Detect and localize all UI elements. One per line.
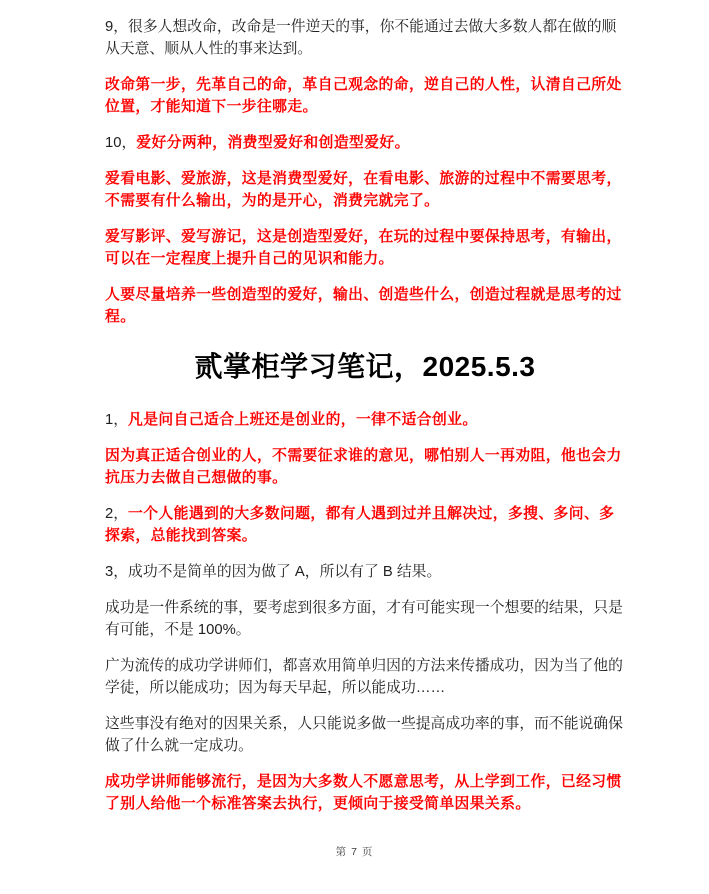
paragraph-note-1: 1，凡是问自己适合上班还是创业的，一律不适合创业。 <box>105 409 625 431</box>
paragraph-number: 2， <box>105 506 128 522</box>
paragraph-number: 9， <box>105 19 128 35</box>
paragraph-text: 这些事没有绝对的因果关系，人只能说多做一些提高成功率的事，而不能说确保做了什么就… <box>105 716 623 754</box>
paragraph-note-9: 9，很多人想改命，改命是一件逆天的事，你不能通过去做大多数人都在做的顺从天意、顺… <box>105 16 625 60</box>
paragraph-text: 广为流传的成功学讲师们，都喜欢用简单归因的方法来传播成功，因为当了他的学徒，所以… <box>105 658 623 696</box>
paragraph-number: 10， <box>105 135 136 151</box>
paragraph-text: 一个人能遇到的大多数问题，都有人遇到过并且解决过，多搜、多问、多探索，总能找到答… <box>105 506 614 544</box>
paragraph-note-10: 10，爱好分两种，消费型爱好和创造型爱好。 <box>105 132 625 154</box>
paragraph-text: 爱好分两种，消费型爱好和创造型爱好。 <box>136 135 410 151</box>
paragraph-text: 成功不是简单的因为做了 A，所以有了 B 结果。 <box>128 564 441 580</box>
paragraph-red-note: 爱写影评、爱写游记，这是创造型爱好，在玩的过程中要保持思考，有输出，可以在一定程… <box>105 226 625 270</box>
paragraph-text: 成功是一件系统的事，要考虑到很多方面，才有可能实现一个想要的结果，只是有可能，不… <box>105 600 623 638</box>
page-number: 第 7 页 <box>0 845 709 859</box>
paragraph-red-note: 成功学讲师能够流行，是因为大多数人不愿意思考，从上学到工作，已经习惯了别人给他一… <box>105 771 625 815</box>
paragraph-plain-note: 广为流传的成功学讲师们，都喜欢用简单归因的方法来传播成功，因为当了他的学徒，所以… <box>105 655 625 699</box>
paragraph-plain-note: 这些事没有绝对的因果关系，人只能说多做一些提高成功率的事，而不能说确保做了什么就… <box>105 713 625 757</box>
paragraph-note-2: 2，一个人能遇到的大多数问题，都有人遇到过并且解决过，多搜、多问、多探索，总能找… <box>105 503 625 547</box>
paragraph-red-note: 爱看电影、爱旅游，这是消费型爱好，在看电影、旅游的过程中不需要思考，不需要有什么… <box>105 168 625 212</box>
paragraph-text: 爱看电影、爱旅游，这是消费型爱好，在看电影、旅游的过程中不需要思考，不需要有什么… <box>105 171 622 209</box>
paragraph-red-note: 人要尽量培养一些创造型的爱好，输出、创造些什么，创造过程就是思考的过程。 <box>105 284 625 328</box>
paragraph-text: 改命第一步，先革自己的命，革自己观念的命，逆自己的人性，认清自己所处位置，才能知… <box>105 77 622 115</box>
document-page: 9，很多人想改命，改命是一件逆天的事，你不能通过去做大多数人都在做的顺从天意、顺… <box>0 0 709 894</box>
section-heading: 贰掌柜学习笔记，2025.5.3 <box>105 344 625 390</box>
paragraph-plain-note: 成功是一件系统的事，要考虑到很多方面，才有可能实现一个想要的结果，只是有可能，不… <box>105 597 625 641</box>
paragraph-text: 很多人想改命，改命是一件逆天的事，你不能通过去做大多数人都在做的顺从天意、顺从人… <box>105 19 616 57</box>
paragraph-text: 人要尽量培养一些创造型的爱好，输出、创造些什么，创造过程就是思考的过程。 <box>105 287 622 325</box>
paragraph-number: 3， <box>105 564 128 580</box>
paragraph-text: 爱写影评、爱写游记，这是创造型爱好，在玩的过程中要保持思考，有输出，可以在一定程… <box>105 229 622 267</box>
paragraph-text: 凡是问自己适合上班还是创业的，一律不适合创业。 <box>128 412 478 428</box>
paragraph-text: 成功学讲师能够流行，是因为大多数人不愿意思考，从上学到工作，已经习惯了别人给他一… <box>105 774 622 812</box>
paragraph-red-note: 因为真正适合创业的人，不需要征求谁的意见，哪怕别人一再劝阻，他也会力抗压力去做自… <box>105 445 625 489</box>
paragraph-note-3: 3，成功不是简单的因为做了 A，所以有了 B 结果。 <box>105 561 625 583</box>
paragraph-number: 1， <box>105 412 128 428</box>
paragraph-text: 因为真正适合创业的人，不需要征求谁的意见，哪怕别人一再劝阻，他也会力抗压力去做自… <box>105 448 622 486</box>
paragraph-red-note: 改命第一步，先革自己的命，革自己观念的命，逆自己的人性，认清自己所处位置，才能知… <box>105 74 625 118</box>
